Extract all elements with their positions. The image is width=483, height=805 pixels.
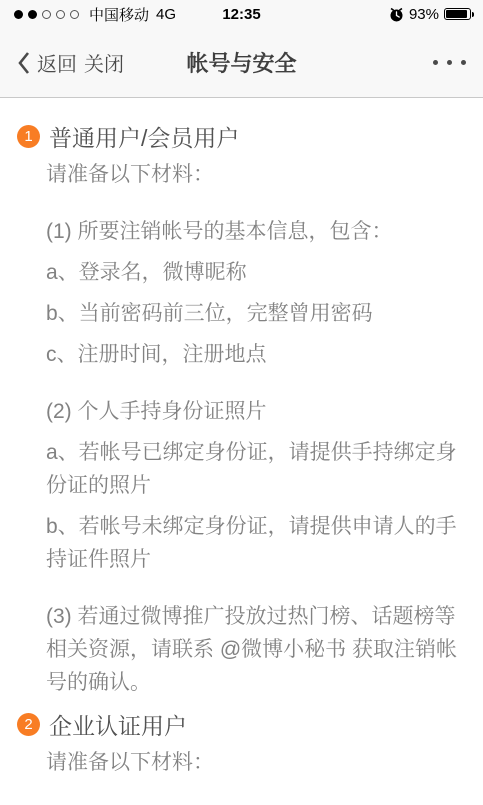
paragraph: (2) 个人手持身份证照片 [46,395,470,428]
signal-dot [70,10,79,19]
dot-icon [447,60,452,65]
section-number-badge: 1 [17,125,40,148]
status-left-group: 中国移动 4G [14,4,176,25]
paragraph: b、当前密码前三位，完整曾用密码 [46,297,470,330]
body-line: (2) 个人手持身份证照片 [46,395,470,428]
signal-dot [42,10,51,19]
paragraph: c、注册时间，注册地点 [46,338,470,371]
alarm-clock-icon [389,7,404,22]
signal-dot [28,10,37,19]
status-right-group: 93% [389,6,474,23]
close-button[interactable]: 关闭 [84,48,124,77]
section: 2企业认证用户请准备以下材料： [17,707,470,779]
section-intro: 请准备以下材料： [46,746,470,779]
body-line: b、若帐号未绑定身份证，请提供申请人的手 [46,510,470,543]
paragraph: (1) 所要注销帐号的基本信息，包含： [46,215,470,248]
section-heading: 企业认证用户 [49,708,187,741]
back-button[interactable]: 返回 [37,48,77,77]
content-scroll-area[interactable]: 1普通用户/会员用户请准备以下材料：(1) 所要注销帐号的基本信息，包含：a、登… [0,98,483,805]
section-body: 请准备以下材料：(1) 所要注销帐号的基本信息，包含：a、登录名，微博昵称b、当… [46,158,470,699]
battery-percent-label: 93% [409,6,439,23]
body-line: 号的确认。 [46,666,470,699]
nav-left-group: 返回 关闭 [17,48,124,77]
body-line: c、注册时间，注册地点 [46,338,470,371]
paragraph: (3) 若通过微博推广投放过热门榜、话题榜等相关资源，请联系 @微博小秘书 获取… [46,600,470,699]
requirement-group: (3) 若通过微博推广投放过热门榜、话题榜等相关资源，请联系 @微博小秘书 获取… [46,600,470,699]
section-body: 请准备以下材料： [46,746,470,779]
requirement-group: (1) 所要注销帐号的基本信息，包含：a、登录名，微博昵称b、当前密码前三位，完… [46,215,470,371]
section-number-badge: 2 [17,713,40,736]
signal-dot [56,10,65,19]
body-line: (3) 若通过微博推广投放过热门榜、话题榜等 [46,600,470,633]
network-type-label: 4G [156,6,176,23]
status-bar: 中国移动 4G 12:35 93% [0,0,483,28]
requirement-group: (2) 个人手持身份证照片a、若帐号已绑定身份证，请提供手持绑定身份证的照片b、… [46,395,470,576]
carrier-label: 中国移动 [89,4,149,25]
battery-nub [472,12,474,17]
paragraph: a、登录名，微博昵称 [46,256,470,289]
section-header: 1普通用户/会员用户 [17,119,470,153]
section-heading: 普通用户/会员用户 [49,120,239,153]
section-intro: 请准备以下材料： [46,158,470,191]
body-line: 份证的照片 [46,469,470,502]
body-line: b、当前密码前三位，完整曾用密码 [46,297,470,330]
body-line: 持证件照片 [46,543,470,576]
dot-icon [433,60,438,65]
section: 1普通用户/会员用户请准备以下材料：(1) 所要注销帐号的基本信息，包含：a、登… [17,119,470,699]
dot-icon [461,60,466,65]
body-line: 请准备以下材料： [46,746,470,779]
battery-icon [444,8,471,20]
chevron-left-icon[interactable] [17,51,30,75]
more-options-button[interactable] [433,54,466,71]
paragraph: b、若帐号未绑定身份证，请提供申请人的手持证件照片 [46,510,470,576]
signal-strength-icon [14,10,79,19]
paragraph: a、若帐号已绑定身份证，请提供手持绑定身份证的照片 [46,436,470,502]
section-header: 2企业认证用户 [17,707,470,741]
body-line: 请准备以下材料： [46,158,470,191]
body-line: a、若帐号已绑定身份证，请提供手持绑定身 [46,436,470,469]
body-line: a、登录名，微博昵称 [46,256,470,289]
nav-bar: 返回 关闭 帐号与安全 [0,28,483,98]
signal-dot [14,10,23,19]
body-line: 相关资源，请联系 @微博小秘书 获取注销帐 [46,633,470,666]
body-line: (1) 所要注销帐号的基本信息，包含： [46,215,470,248]
